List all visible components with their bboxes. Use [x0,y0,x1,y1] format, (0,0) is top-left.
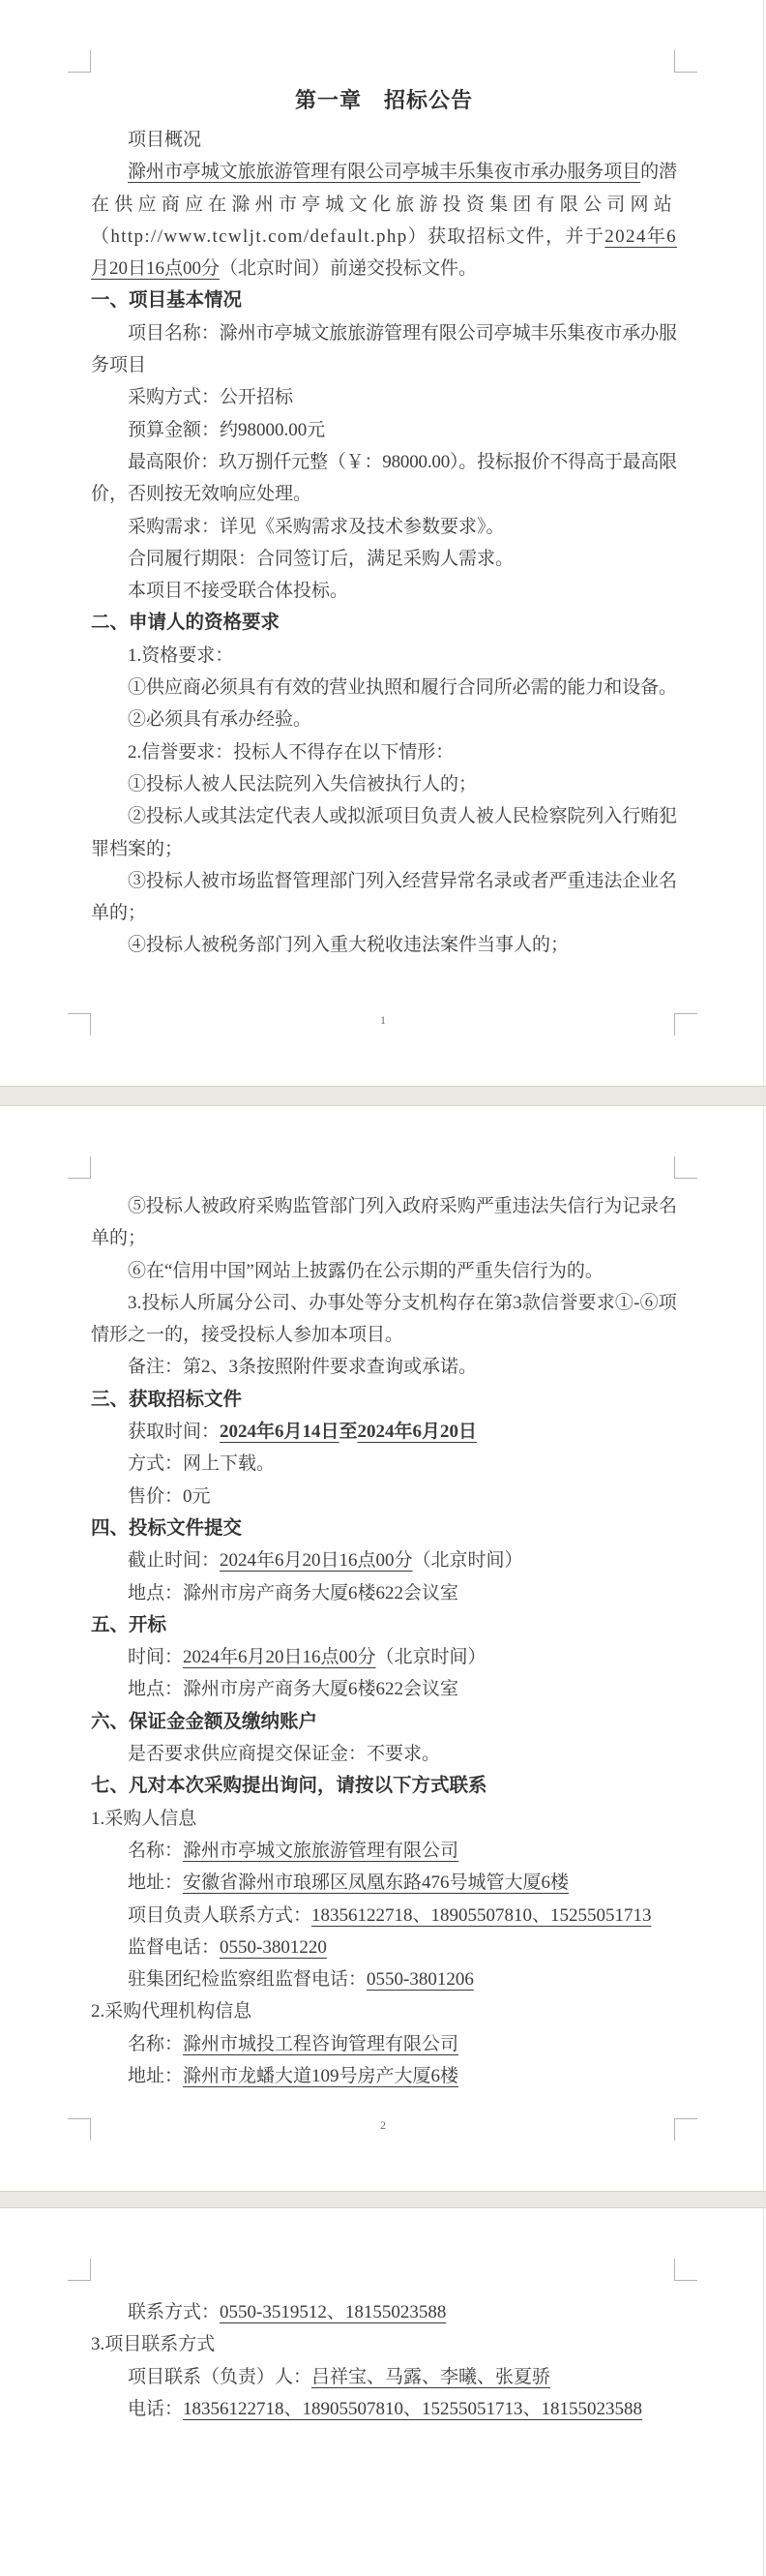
text-segment: 2024年6月20日16点00分 [220,1550,413,1571]
text-line: 项目负责人联系方式：18356122718、18905507810、152550… [91,1900,677,1932]
text-line: 本项目不接受联合体投标。 [91,575,677,607]
text-segment: ②投标人或其法定代表人或拟派项目负责人被人民检察院列入行贿犯 [128,806,677,826]
text-segment: ⑤投标人被政府采购监管部门列入政府采购严重违法失信行为记录名 [128,1196,677,1216]
text-line: 预算金额：约98000.00元 [91,414,677,446]
text-line: 3.项目联系方式 [91,2328,677,2360]
text-segment: 项目概况 [128,130,201,150]
text-segment: 第一章 招标公告 [295,88,473,112]
text-segment: 3.投标人所属分公司、办事处等分支机构存在第3款信誉要求①-⑥项 [128,1293,677,1313]
text-segment: 三、获取招标文件 [91,1389,242,1410]
text-line: 月20日16点00分（北京时间）前递交投标文件。 [91,253,677,285]
text-line: 时间：2024年6月20日16点00分（北京时间） [91,1641,677,1673]
text-segment: 1.资格要求： [128,645,233,666]
margin-crop-mark-icon [68,1156,91,1179]
text-line: 监督电话：0550-3801220 [91,1932,677,1963]
text-line: 最高限价：玖万捌仟元整（￥：98000.00）。投标报价不得高于最高限 [91,446,677,478]
text-segment: 地点：滁州市房产商务大厦6楼622会议室 [128,1679,458,1699]
text-line: 驻集团纪检监察组监督电话：0550-3801206 [91,1963,677,1995]
document-title: 第一章 招标公告 [91,81,677,124]
document-page-1: 第一章 招标公告项目概况滁州市亭城文旅旅游管理有限公司亭城丰乐集夜市承办服务项目… [0,0,766,1086]
text-segment: ①投标人被人民法院列入失信被执行人的； [128,774,477,794]
text-segment: 电话： [128,2399,183,2419]
text-segment: 二、申请人的资格要求 [91,612,280,633]
text-segment: 采购方式：公开招标 [128,387,293,407]
text-line: 备注：第2、3条按照附件要求查询或承诺。 [91,1351,677,1383]
text-line: 情形之一的，接受投标人参加本项目。 [91,1319,677,1351]
text-segment: 地点：滁州市房产商务大厦6楼622会议室 [128,1583,458,1603]
text-line: 单的； [91,897,677,929]
margin-crop-mark-icon [68,2259,91,2281]
text-segment: 单的； [91,1228,146,1248]
text-line: 地址：滁州市龙蟠大道109号房产大厦6楼 [91,2060,677,2092]
text-segment: 售价：0元 [128,1486,211,1507]
text-segment: 0550-3801206 [367,1969,474,1990]
text-line: 联系方式：0550-3519512、18155023588 [91,2296,677,2328]
text-line: ③投标人被市场监督管理部门列入经营异常名录或者严重违法企业名 [91,865,677,897]
text-segment: 最高限价：玖万捌仟元整（￥：98000.00）。投标报价不得高于最高限 [128,452,677,472]
text-line: 滁州市亭城文旅旅游管理有限公司亭城丰乐集夜市承办服务项目的潜 [91,156,677,188]
text-segment: 获取时间： [128,1422,220,1442]
text-segment: 截止时间： [128,1550,220,1571]
text-line: 项目概况 [91,124,677,156]
text-segment: 滁州市亭城文旅旅游管理有限公司亭城丰乐集夜市承办服务项目 [128,162,640,182]
text-segment: 至 [339,1422,358,1442]
text-segment: 滁州市亭城文旅旅游管理有限公司 [183,1841,458,1861]
section-heading: 四、投标文件提交 [91,1513,677,1544]
text-segment: 滁州市龙蟠大道109号房产大厦6楼 [183,2066,458,2086]
text-line: 地点：滁州市房产商务大厦6楼622会议室 [91,1673,677,1705]
page-separator [0,2191,766,2208]
text-line: ⑤投标人被政府采购监管部门列入政府采购严重违法失信行为记录名 [91,1190,677,1222]
text-line: 2.信誉要求：投标人不得存在以下情形： [91,736,677,768]
text-segment: 本项目不接受联合体投标。 [128,581,348,601]
text-segment: 情形之一的，接受投标人参加本项目。 [91,1325,403,1345]
text-segment: 18356122718、18905507810、15255051713 [311,1905,652,1926]
text-segment: （北京时间） [413,1550,523,1571]
section-heading: 七、凡对本次采购提出询问，请按以下方式联系 [91,1770,677,1802]
text-segment: 采购需求：详见《采购需求及技术参数要求》。 [128,517,505,537]
text-line: 采购需求：详见《采购需求及技术参数要求》。 [91,511,677,543]
text-segment: 名称： [128,2034,183,2054]
margin-crop-mark-icon [68,50,91,73]
text-segment: 地址： [128,1872,183,1893]
text-segment: （北京时间） [376,1647,486,1667]
text-segment: 2024年6 [604,226,677,247]
text-line: 截止时间：2024年6月20日16点00分（北京时间） [91,1544,677,1576]
text-segment: ①供应商必须具有有效的营业执照和履行合同所必需的能力和设备。 [128,677,677,698]
text-line: 合同履行期限：合同签订后，满足采购人需求。 [91,543,677,575]
margin-crop-mark-icon [674,50,697,73]
text-segment: 五、开标 [91,1614,166,1635]
text-line: （http://www.tcwljt.com/default.php）获取招标文… [91,221,677,253]
text-segment: 时间： [128,1647,183,1667]
text-line: ②投标人或其法定代表人或拟派项目负责人被人民检察院列入行贿犯 [91,800,677,832]
text-segment: 2024年6月14日 [220,1422,339,1442]
text-segment: 预算金额：约98000.00元 [128,420,325,440]
section-heading: 一、项目基本情况 [91,285,677,316]
text-segment: 单的； [91,903,146,923]
text-segment: 安徽省滁州市琅琊区凤凰东路476号城管大厦6楼 [183,1872,569,1893]
text-segment: ②必须具有承办经验。 [128,709,311,730]
text-segment: ③投标人被市场监督管理部门列入经营异常名录或者严重违法企业名 [128,871,677,891]
text-line: 2.采购代理机构信息 [91,1995,677,2027]
text-line: 务项目 [91,349,677,381]
section-heading: 三、获取招标文件 [91,1384,677,1416]
text-segment: 滁州市城投工程咨询管理有限公司 [183,2034,458,2054]
document-page-3: 联系方式：0550-3519512、181550235883.项目联系方式项目联… [0,2208,766,2576]
text-line: ①供应商必须具有有效的营业执照和履行合同所必需的能力和设备。 [91,672,677,704]
text-line: 采购方式：公开招标 [91,381,677,413]
text-segment: 项目负责人联系方式： [128,1905,311,1926]
text-segment: 罪档案的； [91,839,183,859]
page-separator [0,1086,766,1106]
page-number: 2 [0,2118,766,2133]
document-viewer: 第一章 招标公告项目概况滁州市亭城文旅旅游管理有限公司亭城丰乐集夜市承办服务项目… [0,0,766,2576]
text-line: 方式：网上下载。 [91,1448,677,1480]
text-line: 售价：0元 [91,1481,677,1513]
text-segment: 务项目 [91,355,146,375]
margin-crop-mark-icon [674,2259,697,2281]
page-content: 第一章 招标公告项目概况滁州市亭城文旅旅游管理有限公司亭城丰乐集夜市承办服务项目… [91,0,677,962]
text-line: 1.采购人信息 [91,1803,677,1835]
text-segment: 1.采购人信息 [91,1809,196,1829]
text-segment: ⑥在“信用中国”网站上披露仍在公示期的严重失信行为的。 [128,1261,604,1281]
text-line: 获取时间：2024年6月14日至2024年6月20日 [91,1416,677,1448]
text-segment: 吕祥宝、马露、李曦、张夏骄 [311,2367,550,2387]
text-segment: 联系方式： [128,2302,220,2322]
page-content: 联系方式：0550-3519512、181550235883.项目联系方式项目联… [91,2208,677,2425]
text-segment: 2.信誉要求：投标人不得存在以下情形： [128,742,454,763]
text-line: ④投标人被税务部门列入重大税收违法案件当事人的； [91,929,677,961]
section-heading: 五、开标 [91,1609,677,1641]
text-segment: 名称： [128,1841,183,1861]
text-line: ②必须具有承办经验。 [91,704,677,735]
text-segment: 备注：第2、3条按照附件要求查询或承诺。 [128,1357,477,1377]
text-segment: 0550-3801220 [220,1937,327,1958]
document-page-2: ⑤投标人被政府采购监管部门列入政府采购严重违法失信行为记录名单的；⑥在“信用中国… [0,1106,766,2191]
text-line: ⑥在“信用中国”网站上披露仍在公示期的严重失信行为的。 [91,1255,677,1287]
text-segment: 六、保证金金额及缴纳账户 [91,1711,317,1732]
text-segment: 项目名称：滁州市亭城文旅旅游管理有限公司亭城丰乐集夜市承办服 [128,323,677,344]
text-line: 项目联系（负责）人：吕祥宝、马露、李曦、张夏骄 [91,2361,677,2393]
text-segment: 的潜 [640,162,677,182]
text-segment: 方式：网上下载。 [128,1453,275,1474]
text-segment: 是否要求供应商提交保证金：不要求。 [128,1744,440,1764]
text-segment: 月20日16点00分 [91,258,220,279]
text-segment: 一、项目基本情况 [91,289,242,311]
text-line: 1.资格要求： [91,640,677,672]
text-segment: 七、凡对本次采购提出询问，请按以下方式联系 [91,1775,487,1796]
text-segment: 在供应商应在滁州市亭城文化旅游投资集团有限公司网站 [91,195,677,215]
text-line: 名称：滁州市亭城文旅旅游管理有限公司 [91,1835,677,1867]
margin-crop-mark-icon [674,1156,697,1179]
text-line: 在供应商应在滁州市亭城文化旅游投资集团有限公司网站 [91,189,677,221]
text-line: 3.投标人所属分公司、办事处等分支机构存在第3款信誉要求①-⑥项 [91,1287,677,1319]
text-line: 价，否则按无效响应处理。 [91,478,677,510]
text-segment: 驻集团纪检监察组监督电话： [128,1969,367,1990]
text-line: 电话：18356122718、18905507810、15255051713、1… [91,2393,677,2425]
section-heading: 二、申请人的资格要求 [91,607,677,639]
text-segment: 合同履行期限：合同签订后，满足采购人需求。 [128,549,514,569]
text-line: 名称：滁州市城投工程咨询管理有限公司 [91,2028,677,2060]
text-segment: 2024年6月20日16点00分 [183,1647,376,1667]
text-line: 是否要求供应商提交保证金：不要求。 [91,1738,677,1770]
text-segment: ④投标人被税务部门列入重大税收违法案件当事人的； [128,935,569,955]
text-segment: 监督电话： [128,1937,220,1958]
text-segment: （北京时间）前递交投标文件。 [220,258,477,279]
text-line: 项目名称：滁州市亭城文旅旅游管理有限公司亭城丰乐集夜市承办服 [91,317,677,349]
text-segment: 价，否则按无效响应处理。 [91,484,311,504]
text-segment: 四、投标文件提交 [91,1517,242,1539]
text-segment: 0550-3519512、18155023588 [220,2302,446,2322]
text-segment: 2024年6月20日 [358,1422,478,1442]
text-segment: （http://www.tcwljt.com/default.php）获取招标文… [91,226,604,247]
text-line: 地址：安徽省滁州市琅琊区凤凰东路476号城管大厦6楼 [91,1867,677,1899]
text-line: 罪档案的； [91,833,677,865]
text-line: 地点：滁州市房产商务大厦6楼622会议室 [91,1577,677,1609]
text-segment: 地址： [128,2066,183,2086]
page-number: 1 [0,1013,766,1028]
text-segment: 18356122718、18905507810、15255051713、1815… [183,2399,642,2419]
page-content: ⑤投标人被政府采购监管部门列入政府采购严重违法失信行为记录名单的；⑥在“信用中国… [91,1106,677,2092]
section-heading: 六、保证金金额及缴纳账户 [91,1706,677,1738]
text-segment: 3.项目联系方式 [91,2334,215,2354]
text-line: 单的； [91,1222,677,1254]
text-segment: 项目联系（负责）人： [128,2367,311,2387]
text-line: ①投标人被人民法院列入失信被执行人的； [91,768,677,800]
text-segment: 2.采购代理机构信息 [91,2001,251,2022]
